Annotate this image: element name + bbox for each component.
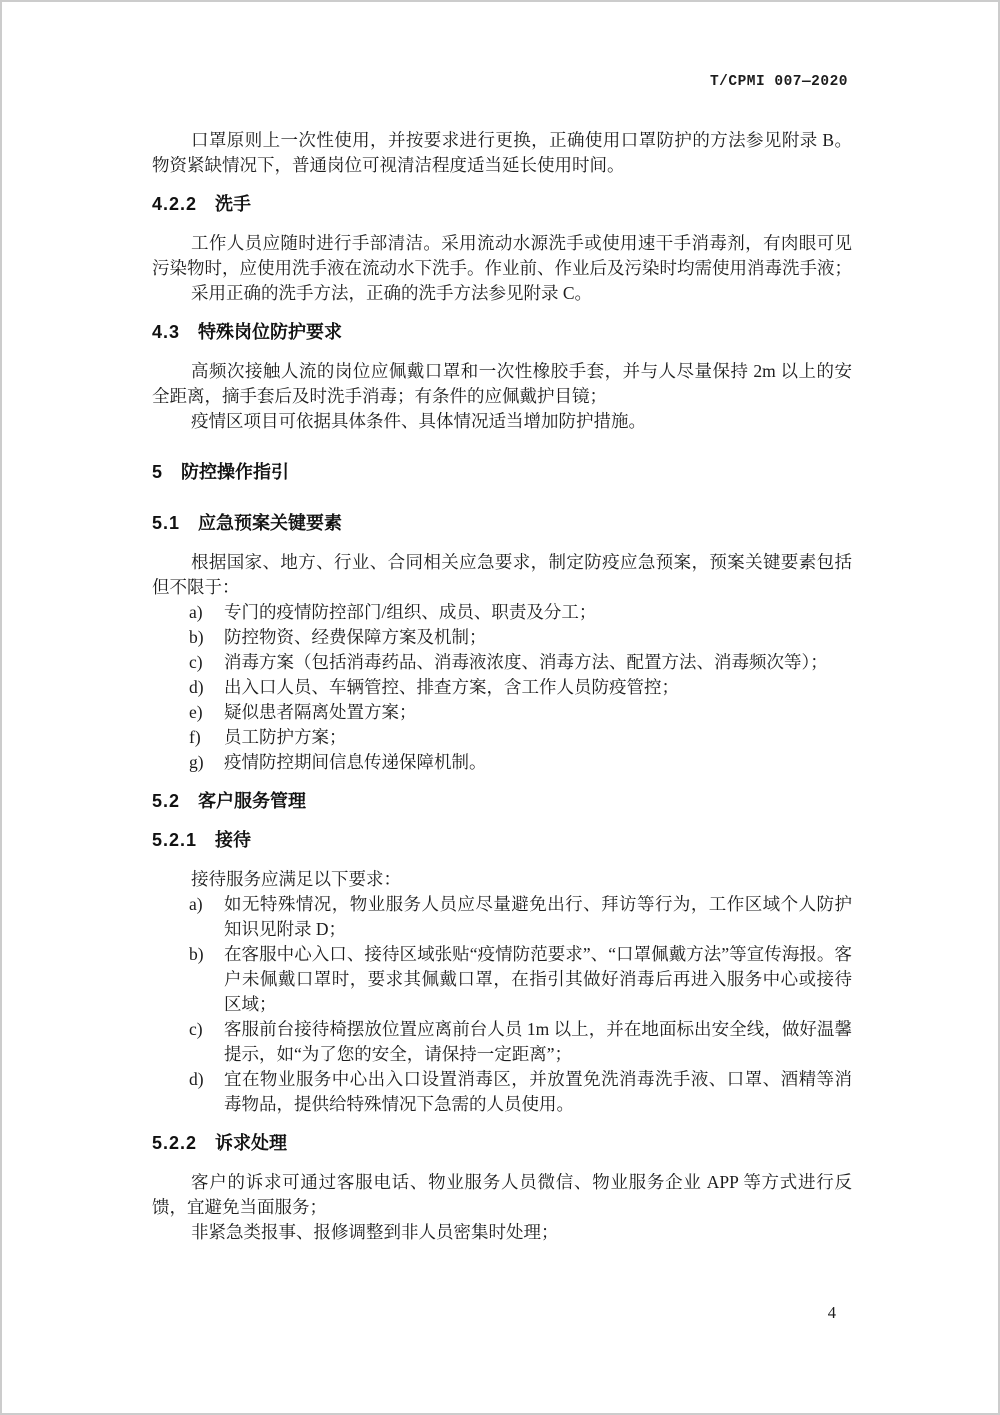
list-item-label: e) xyxy=(189,700,224,725)
heading-title: 诉求处理 xyxy=(215,1131,287,1156)
paragraph-epidemic-area: 疫情区项目可依据具体条件、具体情况适当增加防护措施。 xyxy=(152,409,852,434)
list-item: b) 在客服中心入口、接待区域张贴“疫情防范要求”、“口罩佩戴方法”等宣传海报。… xyxy=(152,942,852,1017)
list-item: b) 防控物资、经费保障方案及机制； xyxy=(152,625,852,650)
list-reception-requirements: a) 如无特殊情况，物业服务人员应尽量避免出行、拜访等行为，工作区域个人防护知识… xyxy=(152,892,852,1117)
heading-number: 5 xyxy=(152,460,163,485)
page-number: 4 xyxy=(828,1303,836,1323)
list-item: d) 出入口人员、车辆管控、排查方案，含工作人员防疫管控； xyxy=(152,675,852,700)
list-item: g) 疫情防控期间信息传递保障机制。 xyxy=(152,750,852,775)
list-item: d) 宜在物业服务中心出入口设置消毒区，并放置免洗消毒洗手液、口罩、酒精等消毒物… xyxy=(152,1067,852,1117)
heading-number: 5.2.1 xyxy=(152,828,197,853)
heading-4-2-2-wash-hands: 4.2.2 洗手 xyxy=(152,192,852,217)
list-item: c) 消毒方案（包括消毒药品、消毒液浓度、消毒方法、配置方法、消毒频次等）； xyxy=(152,650,852,675)
document-page: T/CPMI 007—2020 口罩原则上一次性使用，并按要求进行更换，正确使用… xyxy=(0,0,1000,1415)
paragraph-mask-usage: 口罩原则上一次性使用，并按要求进行更换，正确使用口罩防护的方法参见附录 B。物资… xyxy=(152,128,852,178)
list-item-text: 宜在物业服务中心出入口设置消毒区，并放置免洗消毒洗手液、口罩、酒精等消毒物品，提… xyxy=(224,1067,852,1117)
list-item-label: f) xyxy=(189,725,224,750)
heading-title: 特殊岗位防护要求 xyxy=(198,320,342,345)
paragraph-hand-cleaning: 工作人员应随时进行手部清洁。采用流动水源洗手或使用速干手消毒剂，有肉眼可见污染物… xyxy=(152,231,852,281)
list-item-label: d) xyxy=(189,1067,224,1117)
paragraph-high-contact-posts: 高频次接触人流的岗位应佩戴口罩和一次性橡胶手套，并与人尽量保持 2m 以上的安全… xyxy=(152,359,852,409)
heading-title: 防控操作指引 xyxy=(181,460,289,485)
list-item-text: 疑似患者隔离处置方案； xyxy=(224,700,852,725)
heading-5-operation-guide: 5 防控操作指引 xyxy=(152,460,852,485)
list-item-label: a) xyxy=(189,600,224,625)
doc-code-header: T/CPMI 007—2020 xyxy=(710,74,848,90)
page-content: 口罩原则上一次性使用，并按要求进行更换，正确使用口罩防护的方法参见附录 B。物资… xyxy=(152,92,852,1245)
heading-5-2-customer-service: 5.2 客户服务管理 xyxy=(152,789,852,814)
heading-title: 接待 xyxy=(215,828,251,853)
heading-title: 洗手 xyxy=(215,192,251,217)
list-emergency-plan-elements: a) 专门的疫情防控部门/组织、成员、职责及分工； b) 防控物资、经费保障方案… xyxy=(152,600,852,775)
list-item: f) 员工防护方案； xyxy=(152,725,852,750)
paragraph-wash-method: 采用正确的洗手方法，正确的洗手方法参见附录 C。 xyxy=(152,281,852,306)
list-item-text: 出入口人员、车辆管控、排查方案，含工作人员防疫管控； xyxy=(224,675,852,700)
list-item: e) 疑似患者隔离处置方案； xyxy=(152,700,852,725)
heading-number: 5.1 xyxy=(152,511,180,536)
list-item-label: d) xyxy=(189,675,224,700)
list-item-label: c) xyxy=(189,650,224,675)
heading-number: 4.3 xyxy=(152,320,180,345)
heading-number: 5.2.2 xyxy=(152,1131,197,1156)
list-item-text: 如无特殊情况，物业服务人员应尽量避免出行、拜访等行为，工作区域个人防护知识见附录… xyxy=(224,892,852,942)
heading-title: 客户服务管理 xyxy=(198,789,306,814)
list-item-text: 消毒方案（包括消毒药品、消毒液浓度、消毒方法、配置方法、消毒频次等）； xyxy=(224,650,852,675)
heading-number: 4.2.2 xyxy=(152,192,197,217)
heading-5-2-1-reception: 5.2.1 接待 xyxy=(152,828,852,853)
list-item: a) 如无特殊情况，物业服务人员应尽量避免出行、拜访等行为，工作区域个人防护知识… xyxy=(152,892,852,942)
list-item-label: c) xyxy=(189,1017,224,1067)
paragraph-plan-intro: 根据国家、地方、行业、合同相关应急要求，制定防疫应急预案，预案关键要素包括但不限… xyxy=(152,550,852,600)
list-item-label: b) xyxy=(189,625,224,650)
heading-4-3-special-posts: 4.3 特殊岗位防护要求 xyxy=(152,320,852,345)
list-item-text: 员工防护方案； xyxy=(224,725,852,750)
list-item-label: b) xyxy=(189,942,224,1017)
list-item: c) 客服前台接待椅摆放位置应离前台人员 1m 以上，并在地面标出安全线，做好温… xyxy=(152,1017,852,1067)
list-item-text: 在客服中心入口、接待区域张贴“疫情防范要求”、“口罩佩戴方法”等宣传海报。客户未… xyxy=(224,942,852,1017)
list-item-label: a) xyxy=(189,892,224,942)
list-item-text: 客服前台接待椅摆放位置应离前台人员 1m 以上，并在地面标出安全线，做好温馨提示… xyxy=(224,1017,852,1067)
heading-title: 应急预案关键要素 xyxy=(198,511,342,536)
heading-5-2-2-complaint-handling: 5.2.2 诉求处理 xyxy=(152,1131,852,1156)
heading-number: 5.2 xyxy=(152,789,180,814)
paragraph-non-urgent-repairs: 非紧急类报事、报修调整到非人员密集时处理； xyxy=(152,1220,852,1245)
list-item-text: 疫情防控期间信息传递保障机制。 xyxy=(224,750,852,775)
heading-5-1-emergency-plan: 5.1 应急预案关键要素 xyxy=(152,511,852,536)
list-item-text: 防控物资、经费保障方案及机制； xyxy=(224,625,852,650)
paragraph-reception-intro: 接待服务应满足以下要求： xyxy=(152,867,852,892)
paragraph-complaint-channels: 客户的诉求可通过客服电话、物业服务人员微信、物业服务企业 APP 等方式进行反馈… xyxy=(152,1170,852,1220)
list-item-label: g) xyxy=(189,750,224,775)
list-item: a) 专门的疫情防控部门/组织、成员、职责及分工； xyxy=(152,600,852,625)
list-item-text: 专门的疫情防控部门/组织、成员、职责及分工； xyxy=(224,600,852,625)
